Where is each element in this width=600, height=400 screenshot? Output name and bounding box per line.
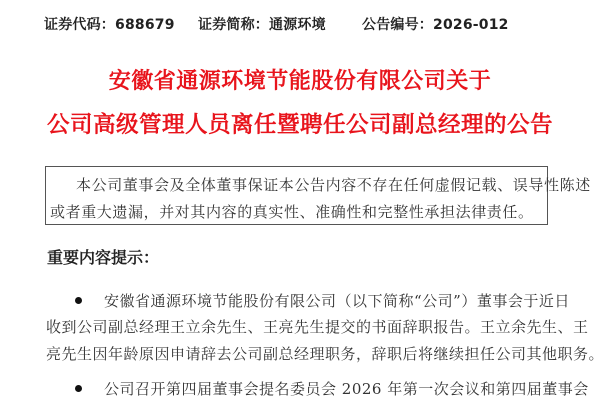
stock-code: 证券代码：688679 bbox=[44, 14, 175, 34]
document-title-line-1: 安徽省通源环境节能股份有限公司关于 bbox=[0, 64, 600, 95]
bullet-1-line-1: 安徽省通源环境节能股份有限公司（以下简称“公司”）董事会于近日 bbox=[104, 290, 570, 311]
stock-abbreviation: 证券简称：通源环境 bbox=[198, 14, 326, 34]
section-heading: 重要内容提示： bbox=[47, 245, 159, 268]
bullet-2-line-1: 公司召开第四届董事会提名委员会 2026 年第一次会议和第四届董事会 bbox=[104, 378, 589, 399]
disclaimer-line-1: 本公司董事会及全体董事保证本公告内容不存在任何虚假记载、误导性陈述 bbox=[76, 174, 591, 195]
bullet-1-line-2: 收到公司副总经理王立余先生、王亮先生提交的书面辞职报告。王立余先生、王 bbox=[46, 316, 589, 337]
bullet-1-line-3: 亮先生因年龄原因申请辞去公司副总经理职务，辞职后将继续担任公司其他职务。 bbox=[46, 343, 600, 364]
bullet-icon bbox=[75, 385, 82, 392]
notice-number: 公告编号：2026-012 bbox=[362, 14, 509, 34]
disclaimer-line-2: 或者重大遗漏，并对其内容的真实性、准确性和完整性承担法律责任。 bbox=[50, 201, 534, 222]
bullet-icon bbox=[75, 297, 82, 304]
document-title-line-2: 公司高级管理人员离任暨聘任公司副总经理的公告 bbox=[0, 107, 600, 139]
